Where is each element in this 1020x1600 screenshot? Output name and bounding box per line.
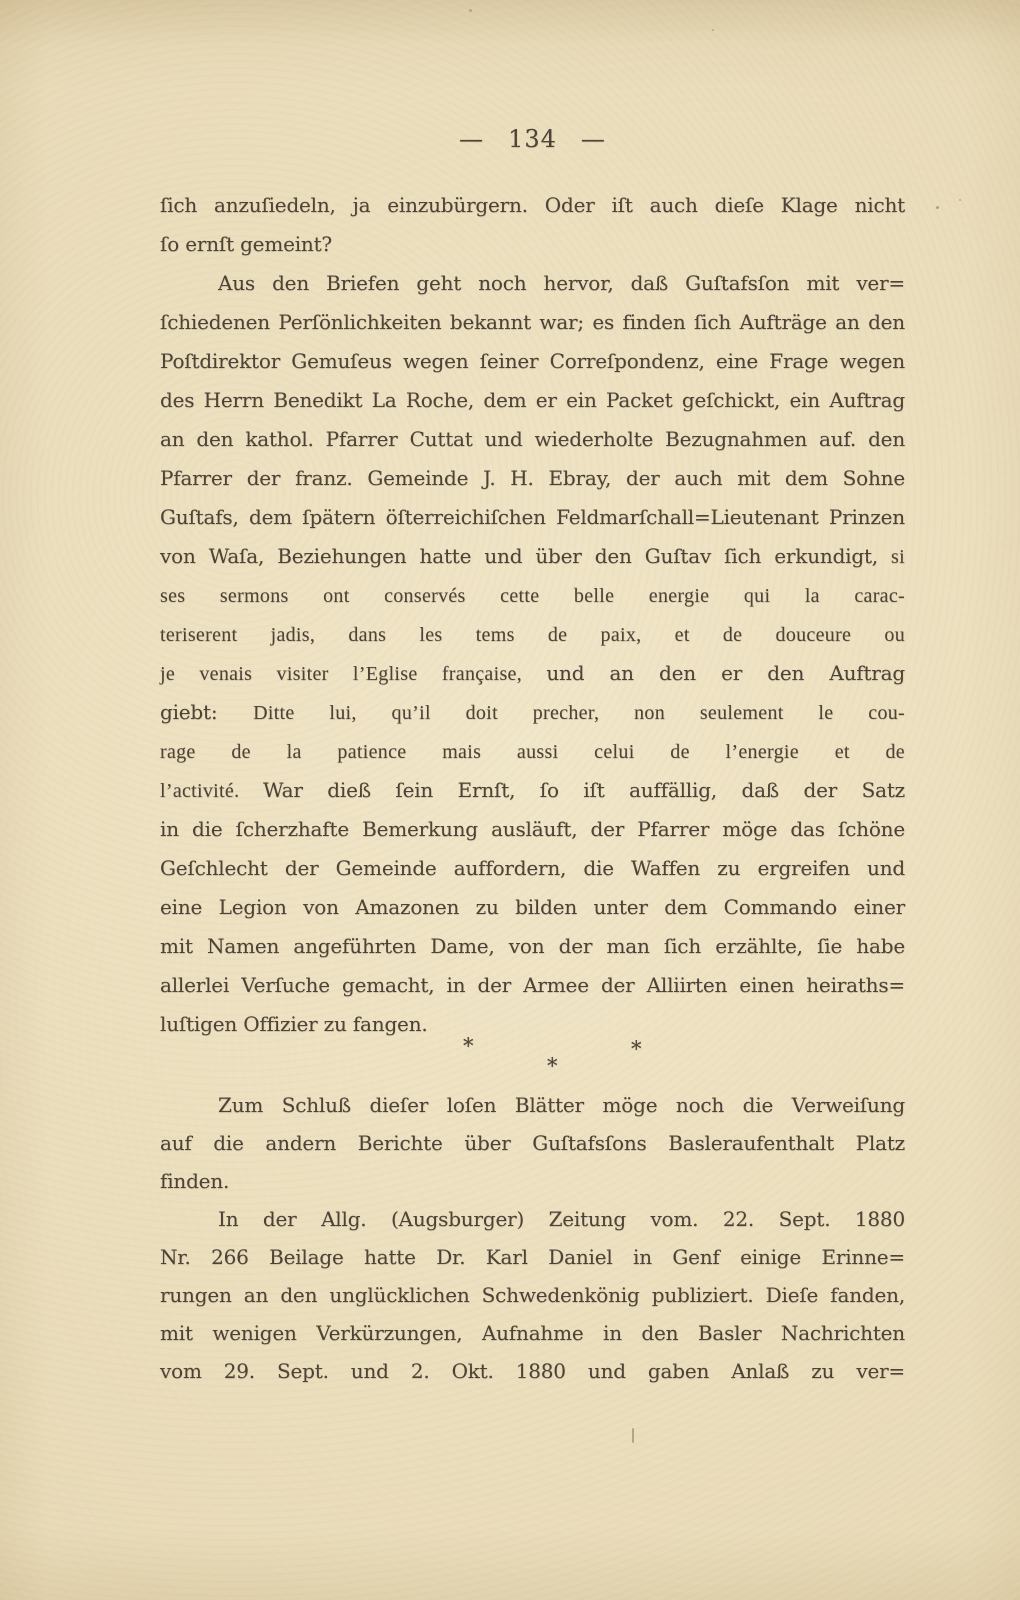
text-line: von Waſa, Beziehungen hatte und über den… bbox=[160, 537, 905, 576]
fraktur-text-segment: Geſchlecht der Gemeinde auffordern, die … bbox=[160, 856, 905, 880]
fraktur-text-segment: Aus den Briefen geht noch hervor, daß Gu… bbox=[218, 271, 905, 295]
separator-asterisk: * bbox=[463, 1037, 474, 1055]
text-line: je venais visiter l’Eglise française, un… bbox=[160, 654, 905, 693]
text-line: an den kathol. Pfarrer Cuttat und wieder… bbox=[160, 420, 905, 459]
fraktur-text-segment: eine Legion von Amazonen zu bilden unter… bbox=[160, 895, 905, 919]
text-block-2: Zum Schluß dieſer loſen Blätter möge noc… bbox=[160, 1086, 905, 1390]
text-line: Zum Schluß dieſer loſen Blätter möge noc… bbox=[160, 1086, 905, 1124]
text-line: Poſtdirektor Gemuſeus wegen ſeiner Corre… bbox=[160, 342, 905, 381]
scan-speck bbox=[712, 29, 714, 31]
antiqua-text-segment: l’activité. bbox=[160, 780, 263, 802]
fraktur-text-segment: Guſtafs, dem ſpätern öſterreichiſchen Fe… bbox=[160, 505, 905, 529]
antiqua-text-segment: je venais visiter l’Eglise française, bbox=[160, 663, 546, 685]
page-header: — 134 — bbox=[160, 122, 905, 156]
text-line: finden. bbox=[160, 1162, 905, 1200]
text-line: des Herrn Benedikt La Roche, dem er ein … bbox=[160, 381, 905, 420]
fraktur-text-segment: ſo ernſt gemeint? bbox=[160, 232, 332, 256]
text-line: Pfarrer der franz. Gemeinde J. H. Ebray,… bbox=[160, 459, 905, 498]
text-line: ſo ernſt gemeint? bbox=[160, 225, 905, 264]
text-line: vom 29. Sept. und 2. Okt. 1880 und gaben… bbox=[160, 1352, 905, 1390]
fraktur-text-segment: Zum Schluß dieſer loſen Blätter möge noc… bbox=[218, 1093, 905, 1117]
separator-asterisk: * bbox=[547, 1057, 558, 1075]
text-line: giebt: Ditte lui, qu’il doit precher, no… bbox=[160, 693, 905, 732]
section-separator: *** bbox=[160, 1034, 905, 1082]
text-line: Geſchlecht der Gemeinde auffordern, die … bbox=[160, 849, 905, 888]
text-line: ſich anzuſiedeln, ja einzubürgern. Oder … bbox=[160, 186, 905, 225]
scan-speck bbox=[632, 1428, 634, 1443]
text-line: ſchiedenen Perſönlichkeiten bekannt war;… bbox=[160, 303, 905, 342]
text-line: l’activité. War dieß ſein Ernſt, ſo iſt … bbox=[160, 771, 905, 810]
fraktur-text-segment: finden. bbox=[160, 1169, 229, 1193]
fraktur-text-segment: Pfarrer der franz. Gemeinde J. H. Ebray,… bbox=[160, 466, 905, 490]
book-page-scan: — 134 — ſich anzuſiedeln, ja einzubürger… bbox=[0, 0, 1020, 1600]
antiqua-text-segment: Ditte lui, qu’il doit precher, non seule… bbox=[253, 702, 905, 724]
header-dash-right: — bbox=[581, 125, 606, 153]
fraktur-text-segment: Nr. 266 Beilage hatte Dr. Karl Daniel in… bbox=[160, 1245, 905, 1269]
fraktur-text-segment: War dieß ſein Ernſt, ſo iſt auffällig, d… bbox=[263, 778, 905, 802]
fraktur-text-segment: des Herrn Benedikt La Roche, dem er ein … bbox=[160, 388, 905, 412]
fraktur-text-segment: luſtigen Offizier zu fangen. bbox=[160, 1012, 428, 1036]
text-line: teriserent jadis, dans les tems de paix,… bbox=[160, 615, 905, 654]
scan-speck bbox=[936, 206, 939, 209]
text-line: mit Namen angeführten Dame, von der man … bbox=[160, 927, 905, 966]
fraktur-text-segment: giebt: bbox=[160, 700, 253, 724]
scan-speck bbox=[469, 9, 472, 12]
fraktur-text-segment: mit wenigen Verkürzungen, Aufnahme in de… bbox=[160, 1321, 905, 1345]
text-line: eine Legion von Amazonen zu bilden unter… bbox=[160, 888, 905, 927]
fraktur-text-segment: an den kathol. Pfarrer Cuttat und wieder… bbox=[160, 427, 905, 451]
text-line: rage de la patience mais aussi celui de … bbox=[160, 732, 905, 771]
fraktur-text-segment: rungen an den unglücklichen Schwedenköni… bbox=[160, 1283, 905, 1307]
text-line: in die ſcherzhafte Bemerkung ausläuft, d… bbox=[160, 810, 905, 849]
antiqua-text-segment: teriserent jadis, dans les tems de paix,… bbox=[160, 624, 905, 646]
antiqua-text-segment: ses sermons ont conservés cette belle en… bbox=[160, 585, 905, 607]
fraktur-text-segment: allerlei Verſuche gemacht, in der Armee … bbox=[160, 973, 905, 997]
fraktur-text-segment: auf die andern Berichte über Guſtafsſons… bbox=[160, 1131, 905, 1155]
text-line: Aus den Briefen geht noch hervor, daß Gu… bbox=[160, 264, 905, 303]
separator-asterisk: * bbox=[631, 1040, 642, 1058]
fraktur-text-segment: und an den er den Auftrag bbox=[546, 661, 905, 685]
text-line: Guſtafs, dem ſpätern öſterreichiſchen Fe… bbox=[160, 498, 905, 537]
fraktur-text-segment: In der Allg. (Augsburger) Zeitung vom. 2… bbox=[218, 1207, 905, 1231]
text-block-1: ſich anzuſiedeln, ja einzubürgern. Oder … bbox=[160, 186, 905, 1044]
antiqua-text-segment: si bbox=[891, 546, 905, 568]
fraktur-text-segment: ſchiedenen Perſönlichkeiten bekannt war;… bbox=[160, 310, 905, 334]
scan-speck bbox=[959, 199, 961, 201]
text-line: ses sermons ont conservés cette belle en… bbox=[160, 576, 905, 615]
fraktur-text-segment: ſich anzuſiedeln, ja einzubürgern. Oder … bbox=[160, 193, 905, 217]
text-line: allerlei Verſuche gemacht, in der Armee … bbox=[160, 966, 905, 1005]
header-dash-left: — bbox=[459, 125, 484, 153]
fraktur-text-segment: Poſtdirektor Gemuſeus wegen ſeiner Corre… bbox=[160, 349, 905, 373]
page-number: 134 bbox=[508, 125, 557, 153]
fraktur-text-segment: mit Namen angeführten Dame, von der man … bbox=[160, 934, 905, 958]
fraktur-text-segment: vom 29. Sept. und 2. Okt. 1880 und gaben… bbox=[160, 1359, 905, 1383]
text-line: auf die andern Berichte über Guſtafsſons… bbox=[160, 1124, 905, 1162]
text-line: rungen an den unglücklichen Schwedenköni… bbox=[160, 1276, 905, 1314]
fraktur-text-segment: von Waſa, Beziehungen hatte und über den… bbox=[160, 544, 891, 568]
fraktur-text-segment: in die ſcherzhafte Bemerkung ausläuft, d… bbox=[160, 817, 905, 841]
text-line: mit wenigen Verkürzungen, Aufnahme in de… bbox=[160, 1314, 905, 1352]
text-line: In der Allg. (Augsburger) Zeitung vom. 2… bbox=[160, 1200, 905, 1238]
text-line: Nr. 266 Beilage hatte Dr. Karl Daniel in… bbox=[160, 1238, 905, 1276]
antiqua-text-segment: rage de la patience mais aussi celui de … bbox=[160, 741, 905, 763]
